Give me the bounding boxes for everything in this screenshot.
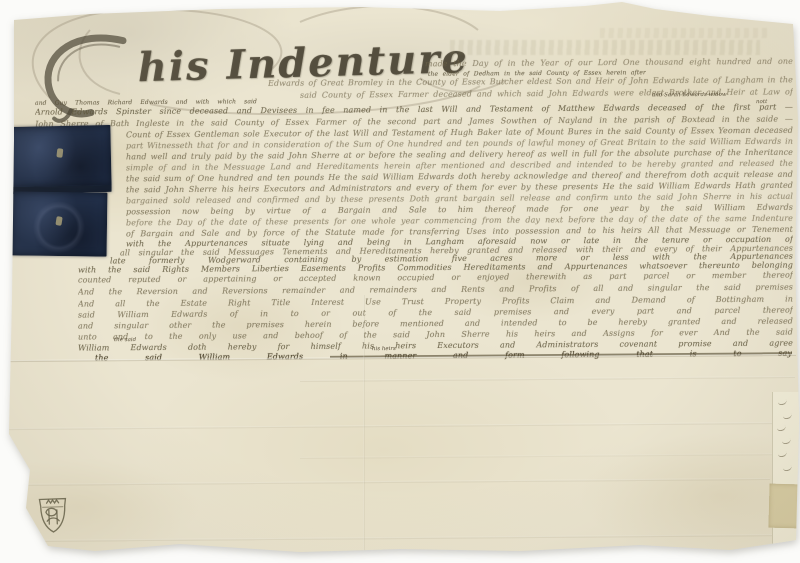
parchment-wrap: his Indenture made the Day of in the Yea… [0, 0, 800, 563]
photograph-of-indenture: his Indenture made the Day of in the Yea… [0, 0, 800, 563]
stamp-emboss-mark [56, 148, 63, 158]
interline-note: his heirs [372, 346, 422, 353]
embossed-crest-seal [34, 492, 72, 537]
handwritten-line: made the Day of in the Year of our Lord … [425, 57, 793, 70]
fold-crease [300, 453, 795, 459]
ink-mark [777, 426, 786, 432]
ink-mark [783, 466, 792, 472]
fold-crease [30, 534, 785, 542]
interline-note: and Sarah Edwards widow [652, 92, 756, 100]
ink-mark [778, 400, 787, 406]
ink-mark [783, 414, 792, 420]
ink-mark [778, 452, 787, 458]
fold-crease [5, 422, 795, 430]
fold-crease [363, 295, 365, 553]
parchment-sheet: his Indenture made the Day of in the Yea… [0, 0, 800, 563]
show-through-smudge [600, 28, 770, 38]
interline-note: the said [114, 337, 166, 344]
fold-crease [300, 376, 795, 382]
ink-mark [782, 439, 791, 445]
folded-parchment-tab [768, 484, 800, 529]
fold-crease [5, 478, 770, 486]
interline-note: nott [756, 99, 792, 106]
blue-revenue-stamp [11, 191, 108, 256]
show-through-smudge [450, 40, 760, 55]
stamp-emboss-mark [55, 216, 62, 226]
blue-revenue-stamp [7, 125, 111, 194]
